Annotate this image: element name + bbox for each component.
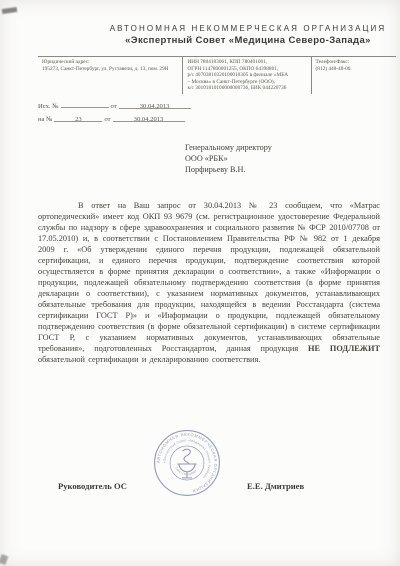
signer-name: Е.Е. Дмитриев <box>247 481 304 491</box>
round-stamp: АВТОНОМНАЯ НЕКОММЕРЧЕСКАЯ ОРГАНИЗАЦИЯ «Э… <box>151 427 223 499</box>
outgoing-number <box>61 99 109 108</box>
reference-lines: Исх. №от30.04.2013 на №23от30.04.2013 <box>38 99 193 126</box>
org-type: АВТОНОМНАЯ НЕКОММЕРЧЕСКАЯ ОРГАНИЗАЦИЯ <box>100 24 396 33</box>
scan-artifact <box>0 554 8 565</box>
body-text-part1: В ответ на Ваш запрос от 30.04.2013 № 23… <box>38 201 380 353</box>
scan-artifact <box>2 7 18 14</box>
recipient-company: ООО «РБК» <box>185 153 272 164</box>
address-label: Юридический адрес: <box>42 59 179 66</box>
recipient-block: Генеральному директору ООО «РБК» Порфирь… <box>185 142 272 175</box>
outgoing-ref-line: Исх. №от30.04.2013 <box>38 99 193 113</box>
body-emphasis: НЕ ПОДЛЕЖИТ <box>308 344 380 353</box>
letter-body: В ответ на Ваш запрос от 30.04.2013 № 23… <box>38 200 380 365</box>
phone-value: (812) 448-48-00. <box>316 66 393 73</box>
address-value: 195273, Санкт-Петербург, ул. Руставели, … <box>42 66 179 73</box>
incoming-label: на № <box>38 116 52 123</box>
body-text-part2: обязательной сертификации и декларирован… <box>38 355 260 364</box>
letterhead: АВТОНОМНАЯ НЕКОММЕРЧЕСКАЯ ОРГАНИЗАЦИЯ «Э… <box>100 24 396 46</box>
incoming-from: от <box>104 116 110 123</box>
phone-label: Телефон/Факс: <box>316 59 393 66</box>
requisites-table: Юридический адрес: 195273, Санкт-Петербу… <box>38 56 396 94</box>
recipient-title: Генеральному директору <box>185 142 272 153</box>
incoming-date: 30.04.2013 <box>113 113 185 122</box>
legal-address-block: Юридический адрес: 195273, Санкт-Петербу… <box>38 57 182 94</box>
scanned-letter-page: АВТОНОМНАЯ НЕКОММЕРЧЕСКАЯ ОРГАНИЗАЦИЯ «Э… <box>0 0 400 566</box>
outgoing-date: 30.04.2013 <box>119 100 191 109</box>
incoming-ref-line: на №23от30.04.2013 <box>38 113 193 126</box>
recipient-person: Порфирьеву В.Н. <box>185 164 272 175</box>
org-name: «Экспертный Совет «Медицина Северо-Запад… <box>100 35 396 46</box>
outgoing-from: от <box>111 103 117 110</box>
incoming-number: 23 <box>54 113 102 122</box>
signer-position: Руководитель ОС <box>58 481 127 491</box>
requisites-line: к/с 30101810100000000736, БИК 044220736 <box>187 85 307 92</box>
requisites-line: р/с 40703810320100010305 в филиале «МБА <box>187 72 307 79</box>
requisites-line: ИНН 7804183061, КПП 780401001, <box>187 59 307 66</box>
phone-block: Телефон/Факс: (812) 448-48-00. <box>311 57 396 94</box>
requisites-line: – Москва» в Санкт-Петербурге (ООО), <box>187 79 307 86</box>
bank-requisites-block: ИНН 7804183061, КПП 780401001, ОГРН 1147… <box>182 57 310 94</box>
outgoing-label: Исх. № <box>38 103 59 110</box>
